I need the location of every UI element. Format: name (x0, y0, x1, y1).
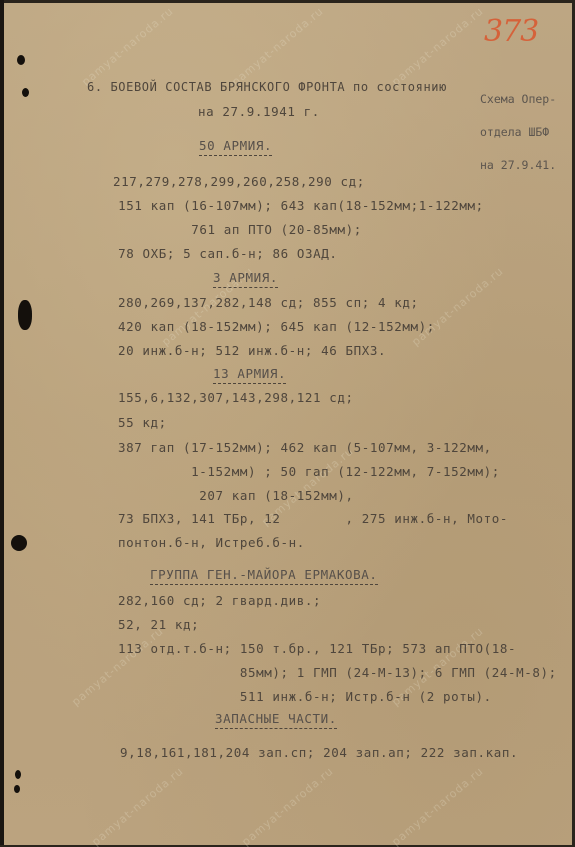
watermark: pamyat-naroda.ru (229, 4, 326, 88)
section-heading-text: 3 АРМИЯ. (213, 270, 278, 288)
binding-hole (11, 535, 27, 551)
text-line: 511 инж.б-н; Истр.б-н (2 роты). (118, 689, 492, 704)
text-line: 9,18,161,181,204 зап.сп; 204 зап.ап; 222… (120, 745, 518, 760)
text-line: 73 БПХЗ, 141 ТБр, 12 , 275 инж.б-н, Мото… (118, 511, 508, 526)
text-line: 20 инж.б-н; 512 инж.б-н; 46 БПХЗ. (118, 343, 386, 358)
watermark: pamyat-naroda.ru (389, 4, 486, 88)
text-line: 1-152мм) ; 50 гап (12-122мм, 7-152мм); (118, 464, 500, 479)
text-line: 280,269,137,282,148 сд; 855 сп; 4 кд; (118, 295, 419, 310)
text-line: 217,279,278,299,260,258,290 сд; (113, 174, 365, 189)
scan-edge-top (0, 0, 575, 3)
watermark: pamyat-naroda.ru (389, 764, 486, 847)
binding-hole (15, 770, 21, 779)
text-line: 55 кд; (118, 415, 167, 430)
section-heading-text: 13 АРМИЯ. (213, 366, 286, 384)
watermark: pamyat-naroda.ru (409, 264, 506, 348)
text-line: 282,160 сд; 2 гвард.див.; (118, 593, 321, 608)
document-title: 6. БОЕВОЙ СОСТАВ БРЯНСКОГО ФРОНТА по сос… (87, 80, 447, 94)
section-heading-text: ГРУППА ГЕН.-МАЙОРА ЕРМАКОВА. (150, 567, 378, 585)
text-line: 207 кап (18-152мм), (118, 488, 354, 503)
watermark: pamyat-naroda.ru (89, 764, 186, 847)
document-page: pamyat-naroda.ru pamyat-naroda.ru pamyat… (0, 0, 575, 847)
archive-page-number: 373 (484, 14, 538, 49)
margin-note-line: Схема Опер- (480, 94, 556, 105)
binding-hole (14, 785, 20, 793)
section-heading: 13 АРМИЯ. (213, 366, 286, 381)
watermark: pamyat-naroda.ru (79, 4, 176, 88)
margin-note-line: отдела ШБФ (480, 127, 556, 138)
margin-note-line: на 27.9.41. (480, 160, 556, 171)
binding-hole (22, 88, 29, 97)
scan-edge-left (0, 0, 4, 847)
section-heading-text: 50 АРМИЯ. (199, 138, 272, 156)
text-line: 151 кап (16-107мм); 643 кап(18-152мм;1-1… (110, 198, 484, 213)
text-line: 387 гап (17-152мм); 462 кап (5-107мм, 3-… (118, 440, 492, 455)
text-line: 420 кап (18-152мм); 645 кап (12-152мм); (118, 319, 435, 334)
document-title-date: на 27.9.1941 г. (198, 104, 320, 119)
margin-note: Схема Опер- отдела ШБФ на 27.9.41. (480, 72, 556, 193)
text-line: 761 ап ПТО (20-85мм); (110, 222, 362, 237)
section-heading-text: ЗАПАСНЫЕ ЧАСТИ. (215, 711, 337, 729)
section-heading: 50 АРМИЯ. (199, 138, 272, 153)
text-line: 52, 21 кд; (118, 617, 199, 632)
text-line: 113 отд.т.б-н; 150 т.бр., 121 ТБр; 573 а… (118, 641, 516, 656)
section-heading: 3 АРМИЯ. (213, 270, 278, 285)
text-line: 85мм); 1 ГМП (24-М-13); 6 ГМП (24-М-8); (118, 665, 557, 680)
section-heading: ЗАПАСНЫЕ ЧАСТИ. (215, 711, 337, 726)
text-line: 78 ОХБ; 5 сап.б-н; 86 ОЗАД. (110, 246, 338, 261)
binding-hole (18, 300, 32, 330)
section-heading: ГРУППА ГЕН.-МАЙОРА ЕРМАКОВА. (150, 567, 378, 582)
text-line: понтон.б-н, Истреб.б-н. (118, 535, 305, 550)
watermark: pamyat-naroda.ru (239, 764, 336, 847)
text-line: 155,6,132,307,143,298,121 сд; (118, 390, 354, 405)
binding-hole (17, 55, 25, 65)
